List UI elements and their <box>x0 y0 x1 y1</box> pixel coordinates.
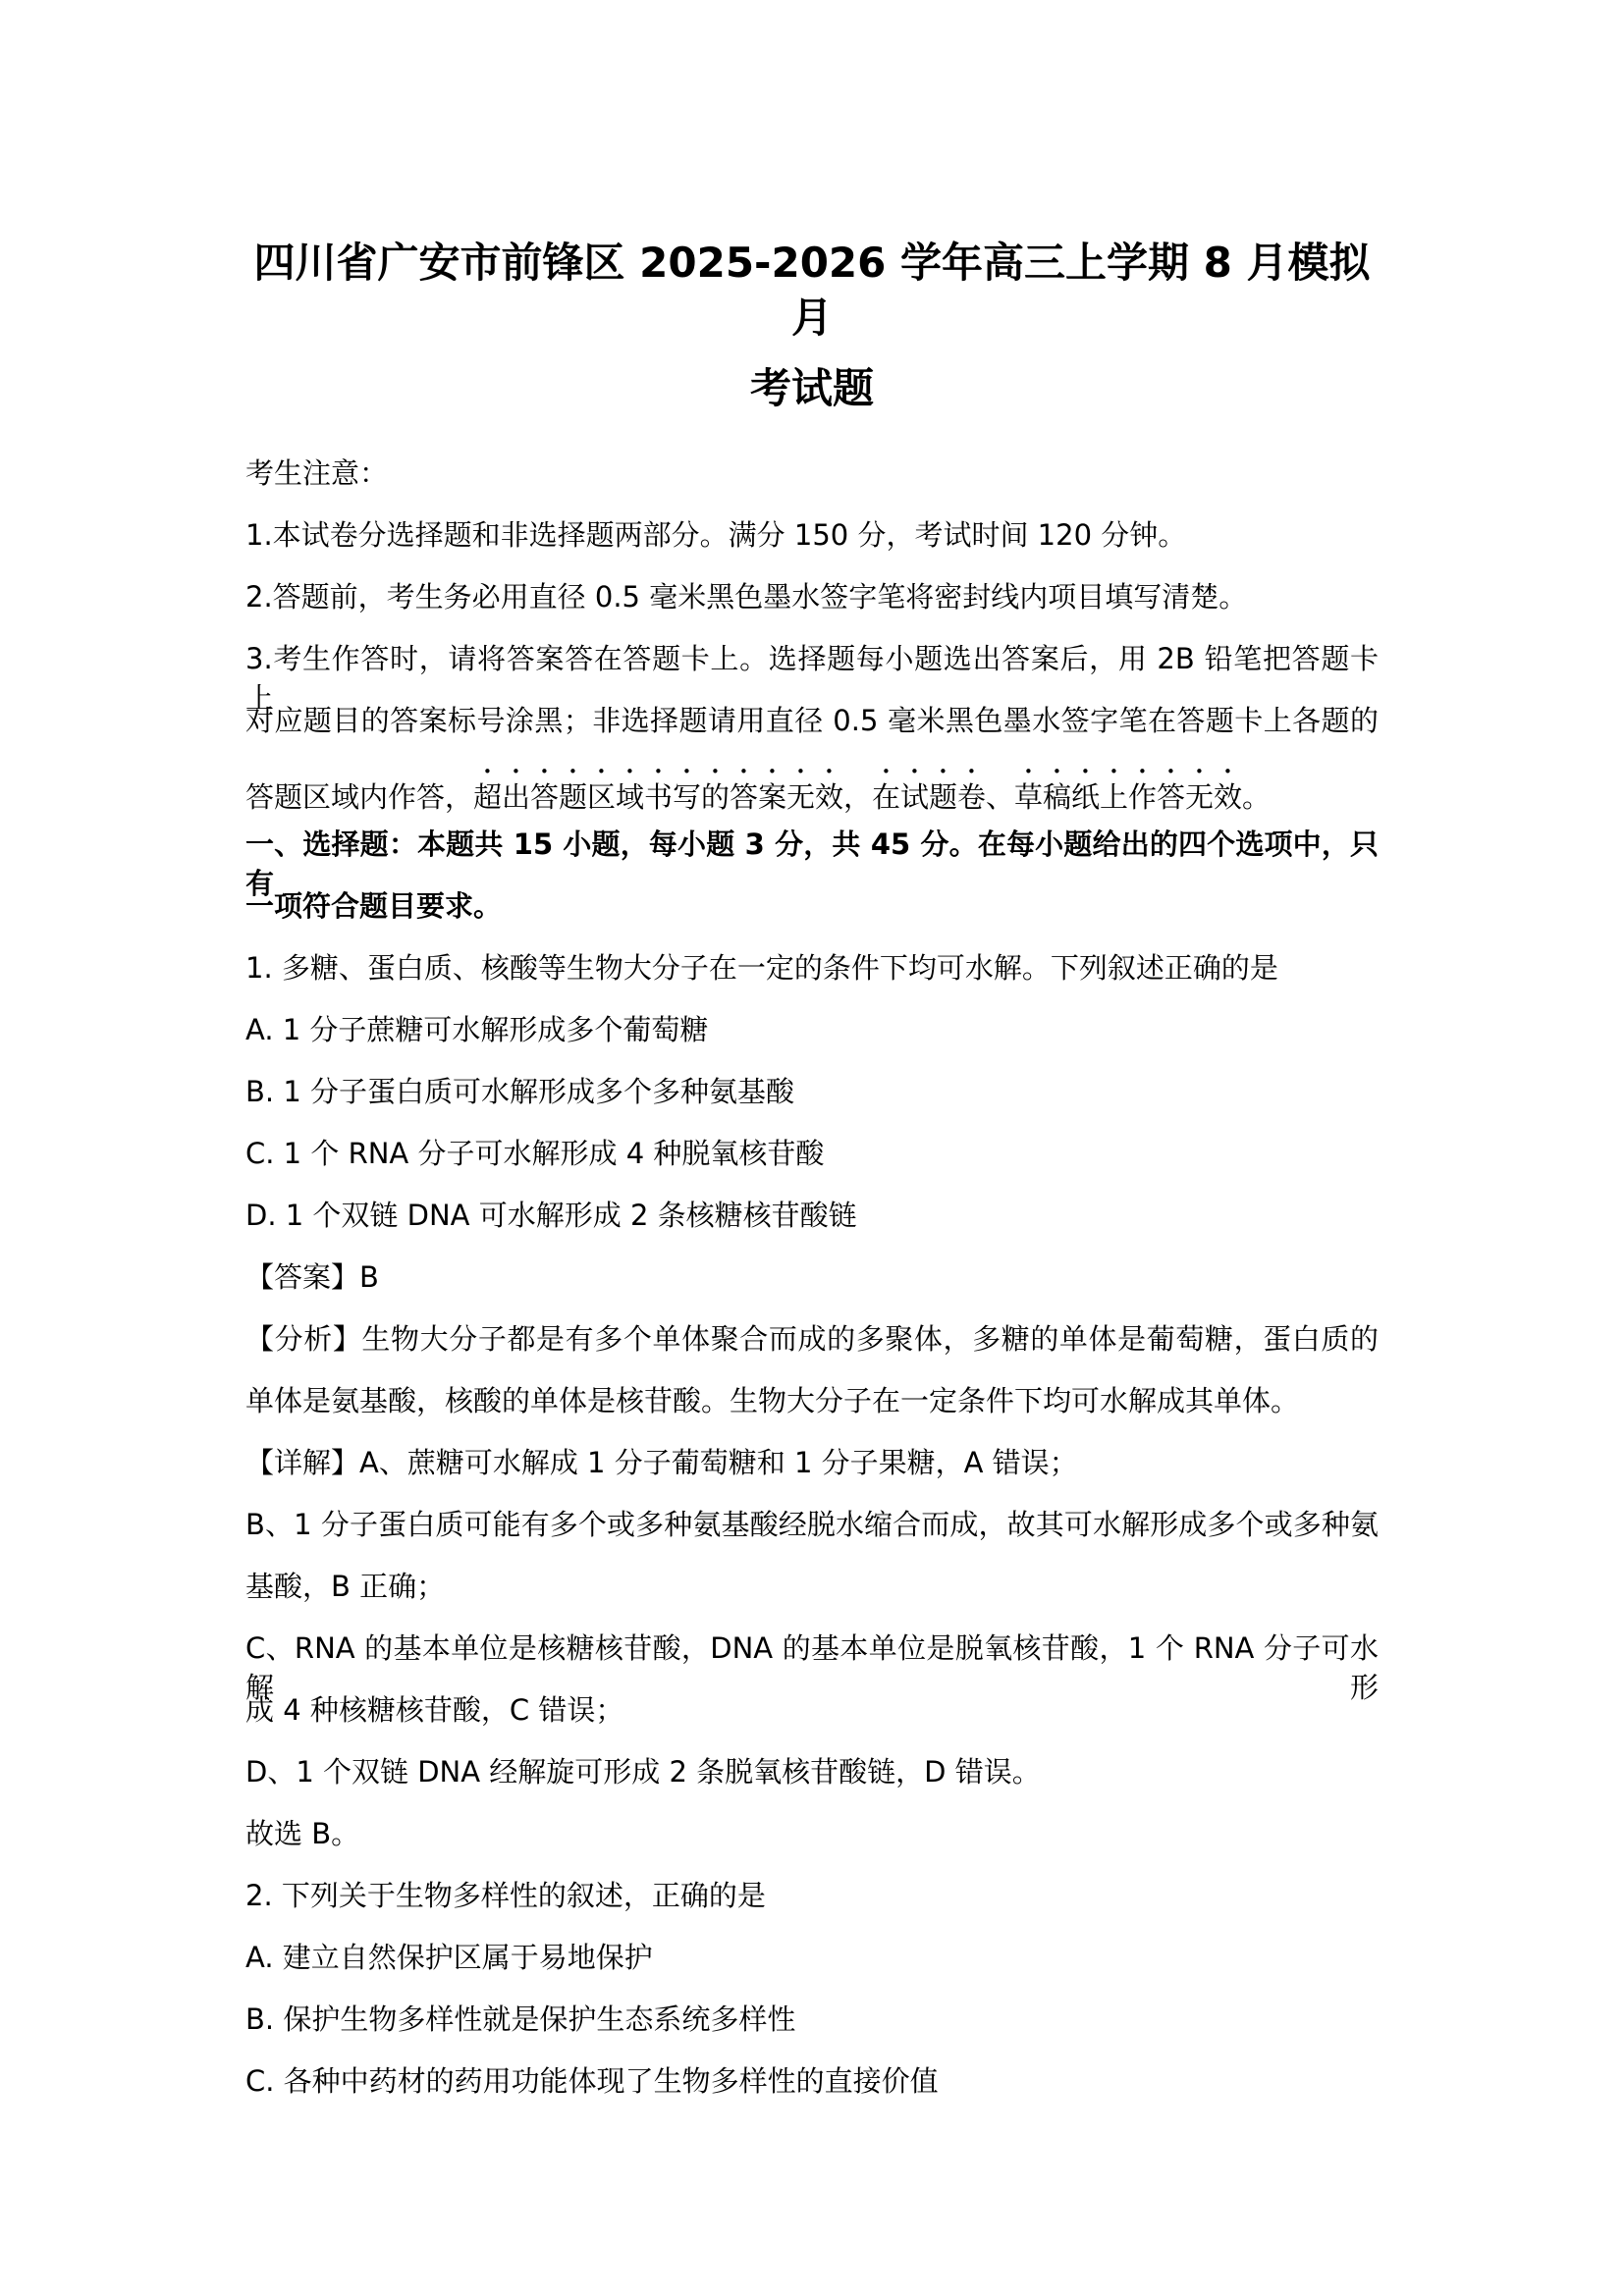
notice-plain-text: 答题区域内作答， <box>245 780 473 814</box>
question-2-stem: 2. 下列关于生物多样性的叙述，正确的是 <box>245 1876 1379 1915</box>
question-1-stem: 1. 多糖、蛋白质、核酸等生物大分子在一定的条件下均可水解。下列叙述正确的是 <box>245 948 1379 988</box>
notice-item-2: 2.答题前，考生务必用直径 0.5 毫米黑色墨水签字笔将密封线内项目填写清楚。 <box>245 577 1379 616</box>
question-1-detail-line-3: 基酸，B 正确； <box>245 1567 1379 1606</box>
question-2-option-a: A. 建立自然保护区属于易地保护 <box>245 1938 1379 1977</box>
notice-end-punctuation: 。 <box>1242 780 1271 814</box>
doc-title-line-1: 四川省广安市前锋区 2025-2026 学年高三上学期 8 月模拟月 <box>245 236 1379 346</box>
question-1-detail-line-6: D、1 个双链 DNA 经解旋可形成 2 条脱氧核苷酸链，D 错误。 <box>245 1752 1379 1791</box>
question-1-option-c: C. 1 个 RNA 分子可水解形成 4 种脱氧核苷酸 <box>245 1134 1379 1173</box>
doc-title-line-2: 考试题 <box>245 361 1379 416</box>
question-2-option-c: C. 各种中药材的药用功能体现了生物多样性的直接价值 <box>245 2061 1379 2101</box>
question-1-analysis-line-1: 【分析】生物大分子都是有多个单体聚合而成的多聚体，多糖的单体是葡萄糖，蛋白质的 <box>245 1319 1379 1359</box>
question-1-answer: 【答案】B <box>245 1257 1379 1297</box>
question-1-detail-line-2: B、1 分子蛋白质可能有多个或多种氨基酸经脱水缩合而成，故其可水解形成多个或多种… <box>245 1505 1379 1544</box>
question-1-option-a: A. 1 分子蔗糖可水解形成多个葡萄糖 <box>245 1010 1379 1049</box>
notice-item-3-line-3: 答题区域内作答，超出答题区域书写的答案无效，在试题卷、草稿纸上作答无效。 <box>245 763 1379 817</box>
notice-heading: 考生注意： <box>245 454 1379 493</box>
question-1-option-d: D. 1 个双链 DNA 可水解形成 2 条核糖核苷酸链 <box>245 1196 1379 1235</box>
notice-item-3-line-2: 对应题目的答案标号涂黑；非选择题请用直径 0.5 毫米黑色墨水签字笔在答题卡上各… <box>245 701 1379 740</box>
question-1-detail-line-1: 【详解】A、蔗糖可水解成 1 分子葡萄糖和 1 分子果糖，A 错误； <box>245 1443 1379 1482</box>
notice-emphasized-text: 超出答题区域书写的答案无效，在试题卷、草稿纸上作答无效 <box>473 780 1242 814</box>
question-1-analysis-line-2: 单体是氨基酸，核酸的单体是核苷酸。生物大分子在一定条件下均可水解成其单体。 <box>245 1381 1379 1420</box>
question-1-option-b: B. 1 分子蛋白质可水解形成多个多种氨基酸 <box>245 1072 1379 1111</box>
exam-document-page: 四川省广安市前锋区 2025-2026 学年高三上学期 8 月模拟月 考试题 考… <box>0 0 1624 2296</box>
question-1-detail-line-5: 成 4 种核糖核苷酸，C 错误； <box>245 1690 1379 1730</box>
question-1-conclusion: 故选 B。 <box>245 1814 1379 1853</box>
notice-item-1: 1.本试卷分选择题和非选择题两部分。满分 150 分，考试时间 120 分钟。 <box>245 515 1379 555</box>
section-1-heading-line-2: 一项符合题目要求。 <box>245 886 1379 926</box>
question-2-option-b: B. 保护生物多样性就是保护生态系统多样性 <box>245 2000 1379 2039</box>
